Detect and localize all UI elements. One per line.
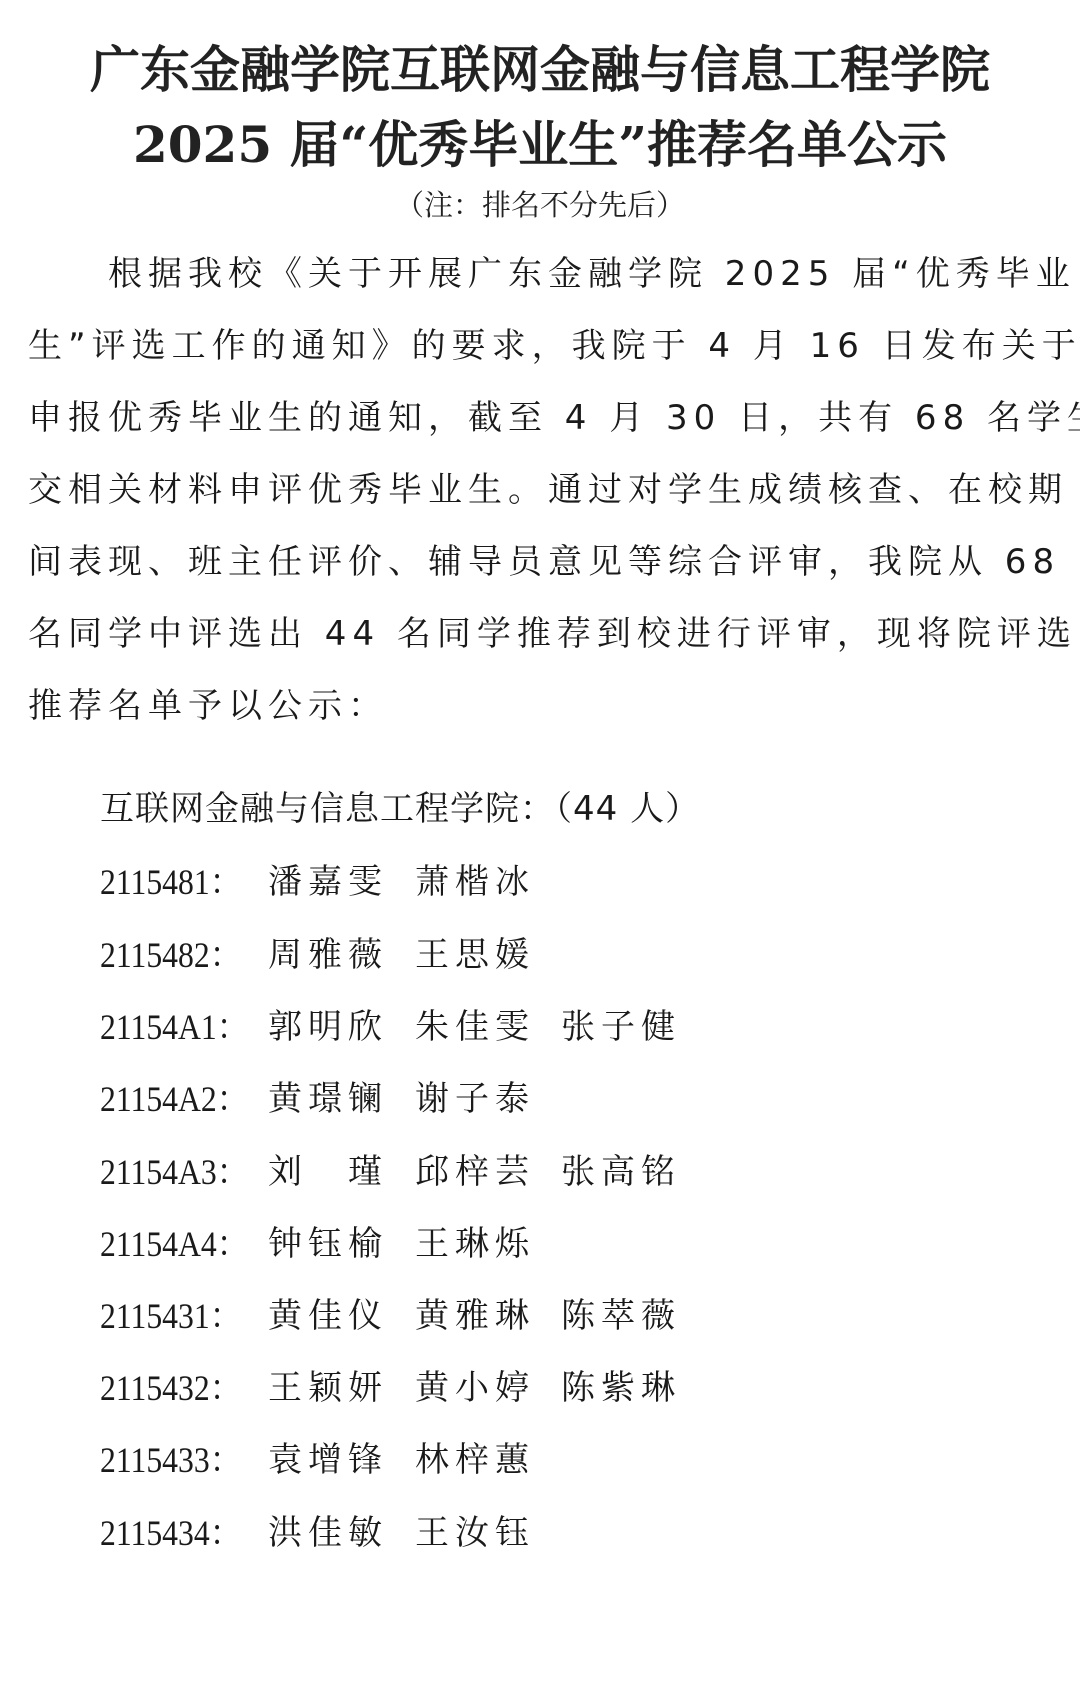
student-name: 邱梓芸 [415, 1144, 535, 1193]
student-name: 潘嘉雯 [268, 854, 388, 903]
student-name: 张高铭 [561, 1144, 681, 1193]
ranking-note: （注：排名不分先后） [0, 183, 1080, 224]
paragraph-line: 推荐名单予以公示： [28, 678, 1058, 727]
student-name: 郭明欣 [268, 999, 388, 1048]
paragraph-line: 生”评选工作的通知》的要求，我院于 4 月 16 日发布关于 [28, 318, 1058, 367]
student-name: 洪佳敏 [268, 1505, 388, 1554]
student-name: 王汝钰 [415, 1505, 535, 1554]
class-id: 2115431： [100, 1288, 241, 1339]
class-id: 2115482： [100, 927, 241, 978]
class-id: 2115432： [100, 1360, 241, 1411]
class-id: 2115433： [100, 1432, 241, 1483]
student-name: 钟钰榆 [268, 1216, 388, 1265]
section-heading: 互联网金融与信息工程学院：（44 人） [100, 781, 700, 830]
document-title-line-1: 广东金融学院互联网金融与信息工程学院 [0, 30, 1080, 102]
student-name: 谢子泰 [415, 1071, 535, 1120]
paragraph-line: 交相关材料申评优秀毕业生。通过对学生成绩核查、在校期 [28, 462, 1058, 511]
class-id: 21154A3： [100, 1144, 248, 1195]
student-name: 黄佳仪 [268, 1288, 388, 1337]
student-name: 黄璟镧 [268, 1071, 388, 1120]
student-name: 黄雅琳 [415, 1288, 535, 1337]
paragraph-line: 申报优秀毕业生的通知，截至 4 月 30 日，共有 68 名学生提 [28, 390, 1058, 439]
class-id: 2115481： [100, 854, 241, 905]
student-name: 王琳烁 [415, 1216, 535, 1265]
student-name: 王颖妍 [268, 1360, 388, 1409]
student-name: 萧楷冰 [415, 854, 535, 903]
student-name: 张子健 [561, 999, 681, 1048]
student-name: 林梓蕙 [415, 1432, 535, 1481]
class-id: 21154A1： [100, 999, 248, 1050]
student-name: 刘 瑾 [268, 1144, 388, 1193]
class-id: 21154A4： [100, 1216, 248, 1267]
student-name: 陈萃薇 [561, 1288, 681, 1337]
student-name: 周雅薇 [268, 927, 388, 976]
paragraph-line: 间表现、班主任评价、辅导员意见等综合评审，我院从 68 [28, 534, 1058, 583]
paragraph-line: 根据我校《关于开展广东金融学院 2025 届“优秀毕业 [28, 246, 1058, 295]
student-name: 陈紫琳 [561, 1360, 681, 1409]
document-title-line-2: 2025 届“优秀毕业生”推荐名单公示 [0, 105, 1080, 177]
student-name: 王思媛 [415, 927, 535, 976]
paragraph-line: 名同学中评选出 44 名同学推荐到校进行评审，现将院评选 [28, 606, 1058, 655]
student-name: 朱佳雯 [415, 999, 535, 1048]
student-name: 袁增锋 [268, 1432, 388, 1481]
class-id: 21154A2： [100, 1071, 248, 1122]
scanned-document-page: 广东金融学院互联网金融与信息工程学院 2025 届“优秀毕业生”推荐名单公示 （… [0, 0, 1080, 1692]
student-name: 黄小婷 [415, 1360, 535, 1409]
class-id: 2115434： [100, 1505, 241, 1556]
